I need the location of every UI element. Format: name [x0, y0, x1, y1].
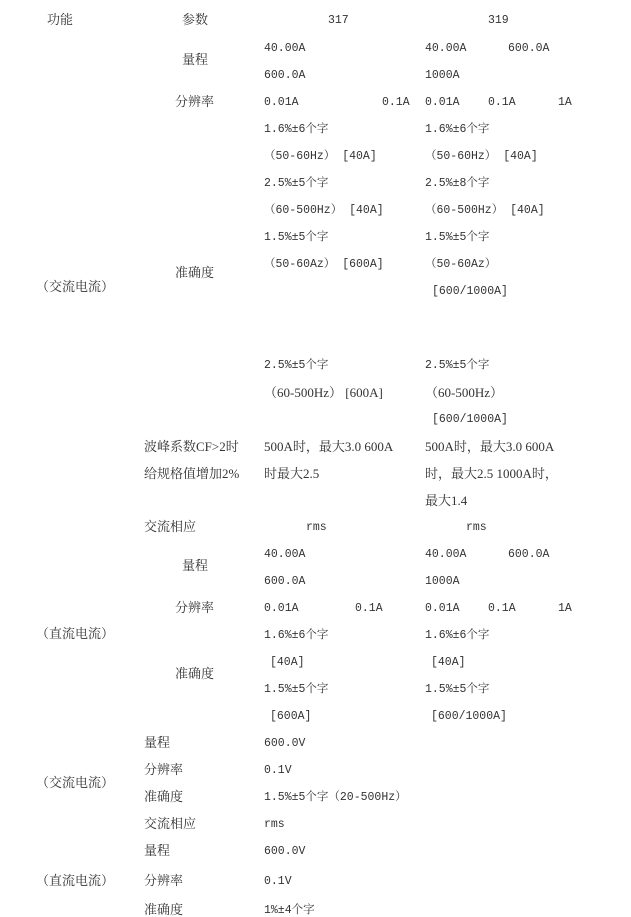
param-resolution: 分辨率: [175, 601, 214, 617]
param-resolution: 分辨率: [144, 763, 183, 779]
value: （50-60Hz） [40A]: [425, 149, 538, 165]
param-range: 量程: [182, 559, 208, 575]
param-range: 量程: [182, 53, 208, 69]
value: （50-60Az）: [425, 257, 496, 273]
value: 时最大2.5: [264, 466, 319, 482]
param-crest-factor-note: 给规格值增加2%: [144, 466, 239, 482]
value: 1.5%±5个字: [264, 230, 328, 246]
value: 1A: [558, 601, 572, 617]
value: 0.1A: [355, 601, 383, 617]
value: 0.1V: [264, 763, 292, 779]
value: （60-500Hz） [600A]: [264, 385, 383, 401]
value: 1A: [558, 95, 572, 111]
section-label-dc-voltage: （直流电流）: [36, 874, 114, 890]
value: 1.6%±6个字: [264, 122, 328, 138]
value: 500A时，最大3.0 600A: [425, 439, 554, 455]
value: [40A]: [431, 655, 466, 671]
value: 1.6%±6个字: [425, 122, 489, 138]
value: 40.00A: [425, 41, 466, 57]
value: 600.0A: [508, 41, 549, 57]
param-range: 量程: [144, 844, 170, 860]
value: [600/1000A]: [431, 709, 507, 725]
value: 1.5%±5个字: [264, 682, 328, 698]
param-ac-response: 交流相应: [144, 817, 196, 833]
header-model-317: 317: [328, 13, 349, 29]
value: [600A]: [270, 709, 311, 725]
value: 1.5%±5个字: [425, 682, 489, 698]
value: 2.5%±5个字: [264, 176, 328, 192]
param-resolution: 分辨率: [175, 95, 214, 111]
value: 最大1.4: [425, 493, 467, 509]
value: 0.1A: [488, 95, 516, 111]
value: [600/1000A]: [432, 412, 508, 428]
param-ac-response: 交流相应: [144, 520, 196, 536]
value: 0.01A: [425, 95, 460, 111]
value: 1.5%±5个字（20-500Hz）: [264, 790, 407, 806]
value: 时，最大2.5 1000A时，: [425, 466, 558, 482]
header-param: 参数: [182, 13, 208, 29]
value: 2.5%±5个字: [425, 358, 489, 374]
value: 500A时，最大3.0 600A: [264, 439, 393, 455]
header-function: 功能: [47, 13, 73, 29]
param-accuracy: 准确度: [175, 667, 214, 683]
param-accuracy: 准确度: [144, 903, 183, 917]
value: 1%±4个字: [264, 903, 315, 917]
value: 600.0V: [264, 844, 305, 860]
section-label-dc-current: （直流电流）: [36, 627, 114, 643]
value: （60-500Hz）: [425, 385, 503, 401]
value: （50-60Az） [600A]: [264, 257, 384, 273]
value: （50-60Hz） [40A]: [264, 149, 377, 165]
value: 600.0A: [508, 547, 549, 563]
value: 0.01A: [425, 601, 460, 617]
value: 600.0A: [264, 68, 305, 84]
value: 600.0V: [264, 736, 305, 752]
value: 1.6%±6个字: [264, 628, 328, 644]
value: 0.1V: [264, 874, 292, 890]
value: （60-500Hz） [40A]: [264, 203, 384, 219]
value: 0.01A: [264, 95, 299, 111]
value: rms: [466, 520, 487, 536]
value: 1.6%±6个字: [425, 628, 489, 644]
value: 1000A: [425, 68, 460, 84]
param-range: 量程: [144, 736, 170, 752]
param-accuracy: 准确度: [144, 790, 183, 806]
value: [600/1000A]: [432, 284, 508, 300]
value: 1000A: [425, 574, 460, 590]
value: 1.5%±5个字: [425, 230, 489, 246]
section-label-ac-voltage: （交流电流）: [36, 776, 114, 792]
value: 40.00A: [264, 547, 305, 563]
header-model-319: 319: [488, 13, 509, 29]
value: 0.1A: [488, 601, 516, 617]
value: 2.5%±8个字: [425, 176, 489, 192]
value: 0.1A: [382, 95, 410, 111]
value: 0.01A: [264, 601, 299, 617]
param-crest-factor: 波峰系数CF>2时: [144, 439, 239, 455]
param-resolution: 分辨率: [144, 874, 183, 890]
value: rms: [264, 817, 285, 833]
value: [40A]: [270, 655, 305, 671]
value: （60-500Hz） [40A]: [425, 203, 545, 219]
param-accuracy: 准确度: [175, 266, 214, 282]
value: 40.00A: [425, 547, 466, 563]
value: rms: [306, 520, 327, 536]
value: 2.5%±5个字: [264, 358, 328, 374]
section-label-ac-current: （交流电流）: [36, 280, 114, 296]
value: 40.00A: [264, 41, 305, 57]
value: 600.0A: [264, 574, 305, 590]
